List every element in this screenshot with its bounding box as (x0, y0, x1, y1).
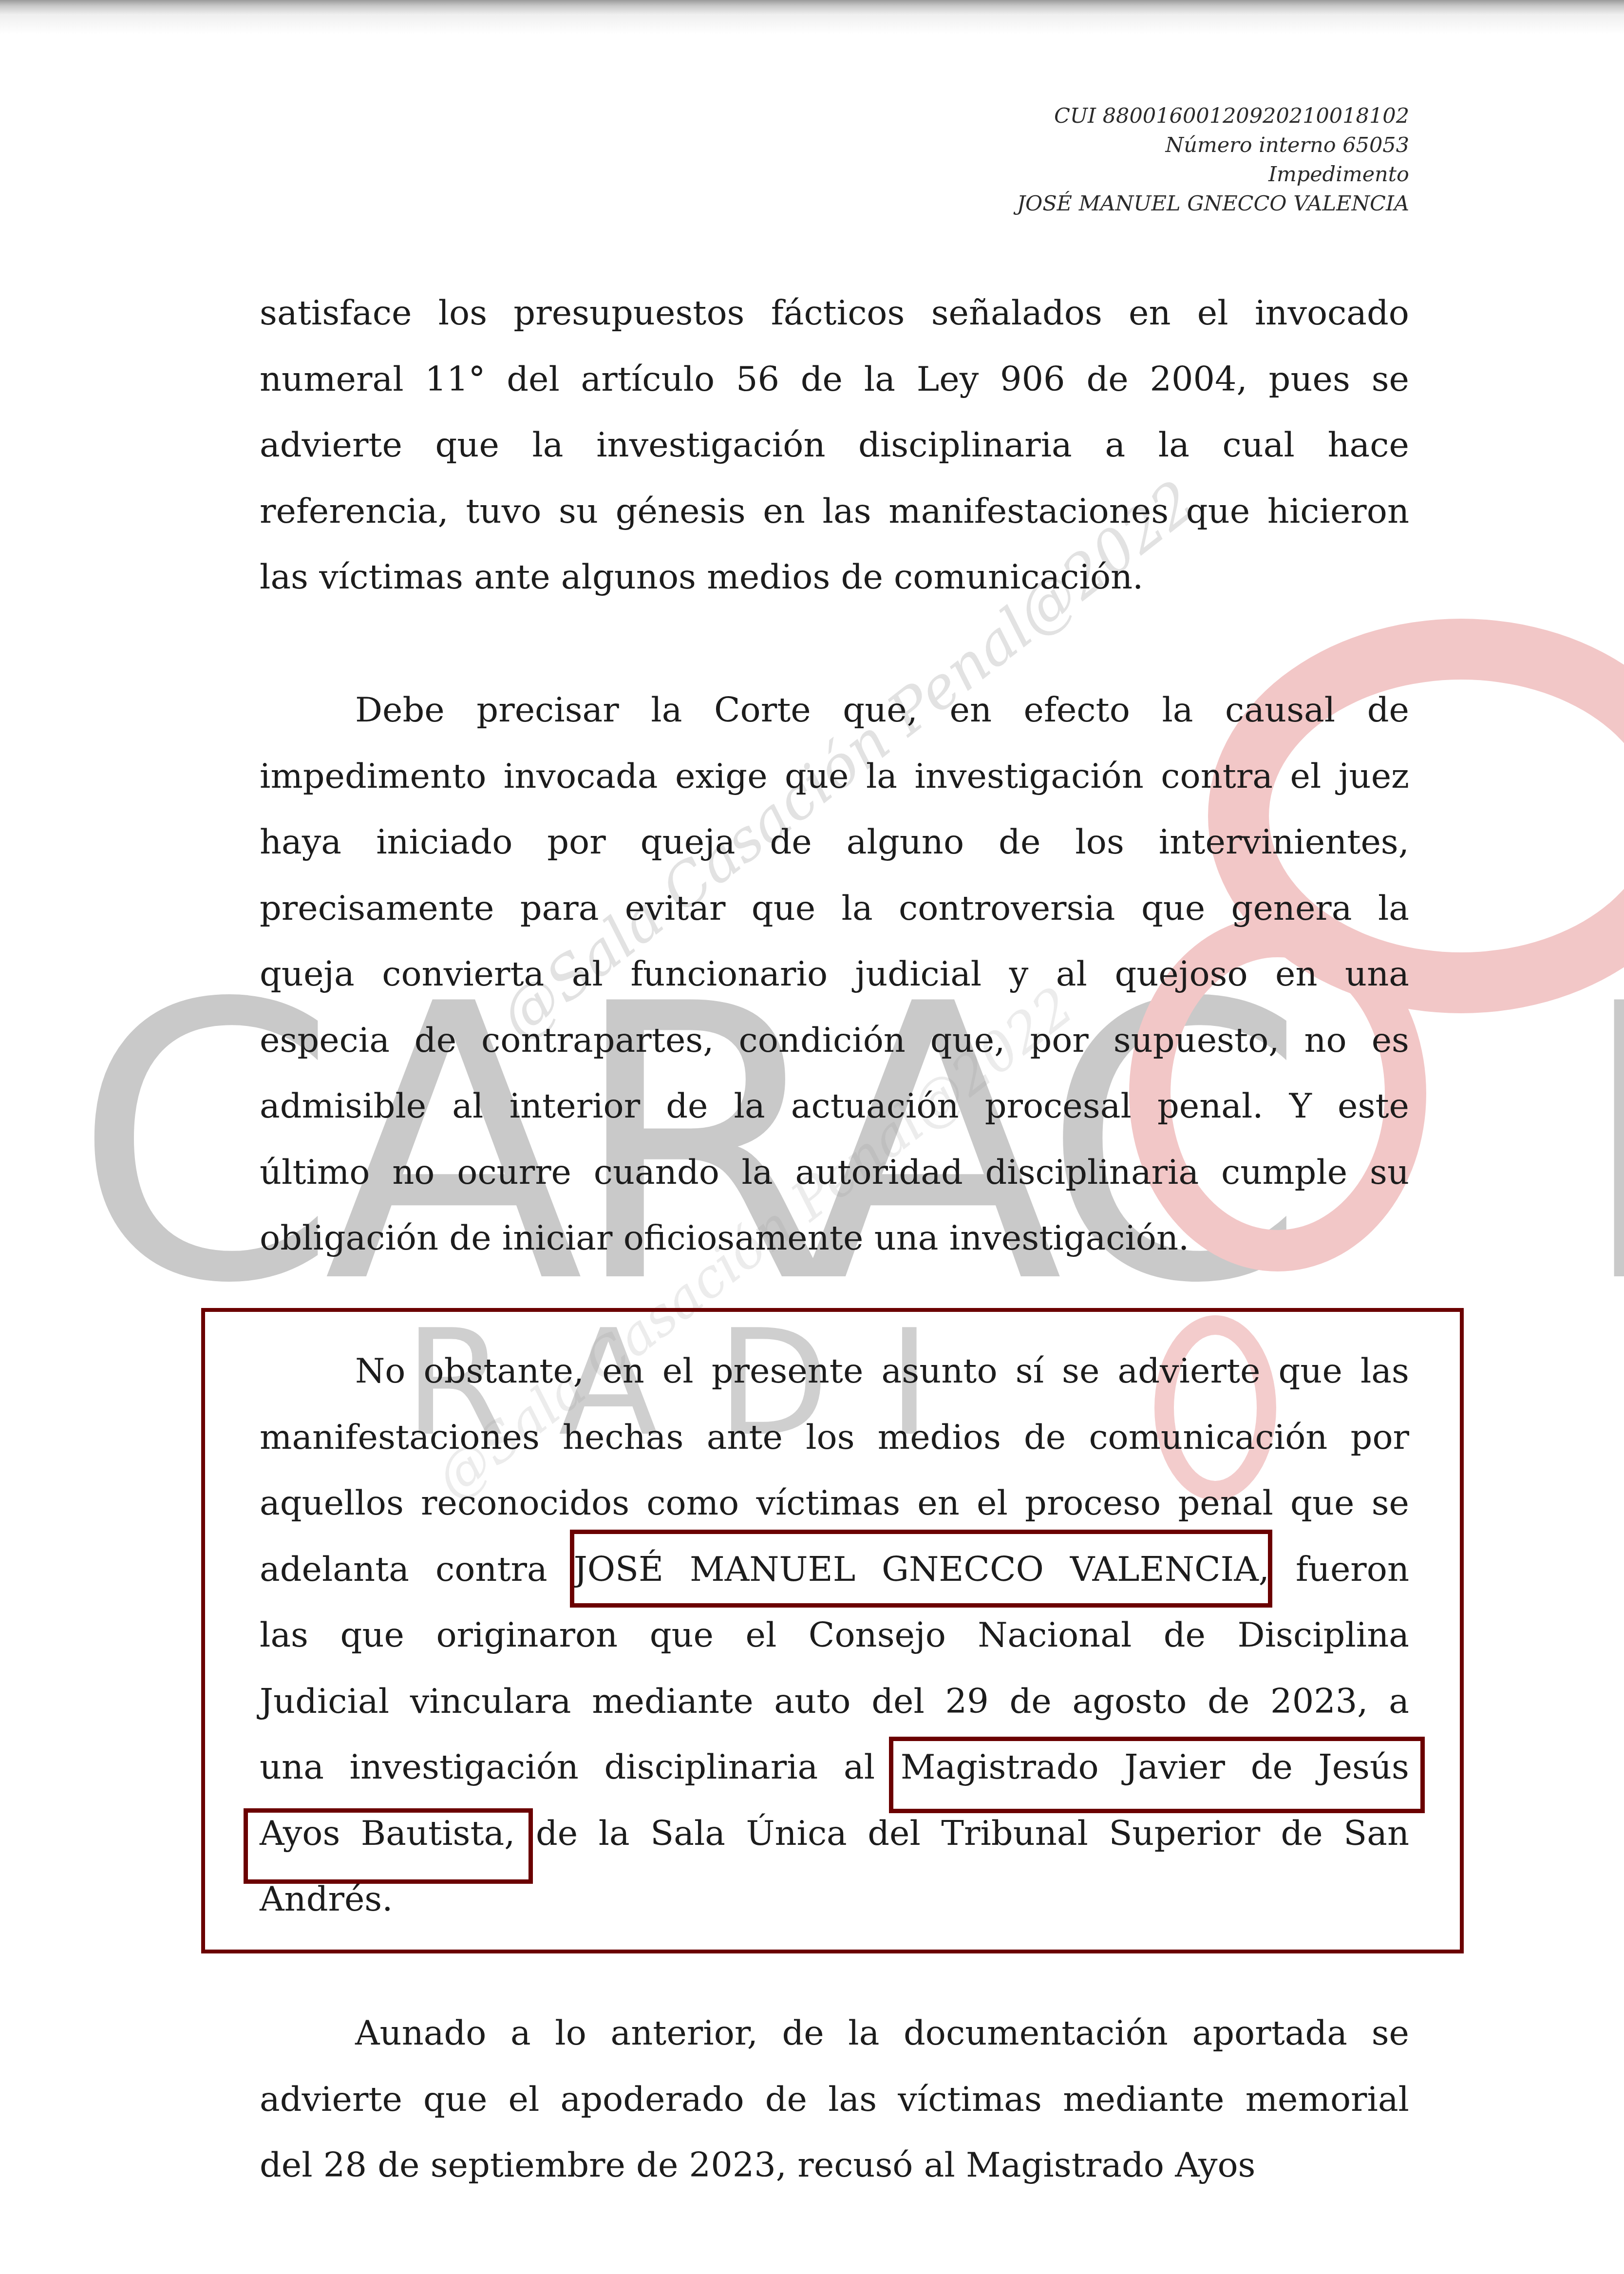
text-line: manifestaciones hechas ante los medios d… (260, 1404, 1409, 1471)
text-line: Andrés. (260, 1866, 1409, 1933)
text-line: numeral 11° del artículo 56 de la Ley 90… (260, 346, 1409, 413)
paragraph-1: satisface los presupuestos fácticos seña… (260, 280, 1409, 610)
text-line: las que originaron que el Consejo Nacion… (260, 1602, 1409, 1668)
text-line: obligación de iniciar oficiosamente una … (260, 1205, 1409, 1271)
text-line: haya iniciado por queja de alguno de los… (260, 809, 1409, 875)
document-header: CUI 88001600120920210018102 Número inter… (1017, 101, 1409, 218)
paragraph-4: Aunado a lo anterior, de la documentació… (260, 2000, 1409, 2198)
paragraph-2: Debe precisar la Corte que, en efecto la… (260, 677, 1409, 1271)
internal-number: Número interno 65053 (1017, 131, 1409, 160)
text-line: referencia, tuvo su génesis en las manif… (260, 478, 1409, 545)
text-line: advierte que el apoderado de las víctima… (260, 2066, 1409, 2133)
text-line: del 28 de septiembre de 2023, recusó al … (260, 2132, 1409, 2198)
text-line: último no ocurre cuando la autoridad dis… (260, 1139, 1409, 1206)
text-line: aquellos reconocidos como víctimas en el… (260, 1470, 1409, 1536)
text-line: impedimento invocada exige que la invest… (260, 743, 1409, 810)
window-top-shadow (0, 0, 1624, 34)
text-line: una investigación disciplinaria al Magis… (260, 1734, 1409, 1800)
text-line: adelanta contra JOSÉ MANUEL GNECCO VALEN… (260, 1536, 1409, 1603)
text-line: satisface los presupuestos fácticos seña… (260, 280, 1409, 346)
case-type: Impedimento (1017, 160, 1409, 189)
text-line: advierte que la investigación disciplina… (260, 412, 1409, 478)
defendant-name: JOSÉ MANUEL GNECCO VALENCIA (1017, 189, 1409, 218)
text-line: precisamente para evitar que la controve… (260, 875, 1409, 942)
text-line: Ayos Bautista, de la Sala Única del Trib… (260, 1800, 1409, 1867)
text-line: Aunado a lo anterior, de la documentació… (260, 2000, 1409, 2066)
text-line: especia de contrapartes, condición que, … (260, 1007, 1409, 1074)
text-line: admisible al interior de la actuación pr… (260, 1073, 1409, 1139)
cui-number: CUI 88001600120920210018102 (1017, 101, 1409, 131)
text-line: Judicial vinculara mediante auto del 29 … (260, 1668, 1409, 1735)
text-line: las víctimas ante algunos medios de comu… (260, 544, 1409, 610)
text-line: Debe precisar la Corte que, en efecto la… (260, 677, 1409, 743)
text-line: No obstante, en el presente asunto sí se… (260, 1338, 1409, 1404)
text-line: queja convierta al funcionario judicial … (260, 941, 1409, 1007)
paragraph-3-highlighted: No obstante, en el presente asunto sí se… (260, 1338, 1409, 1933)
